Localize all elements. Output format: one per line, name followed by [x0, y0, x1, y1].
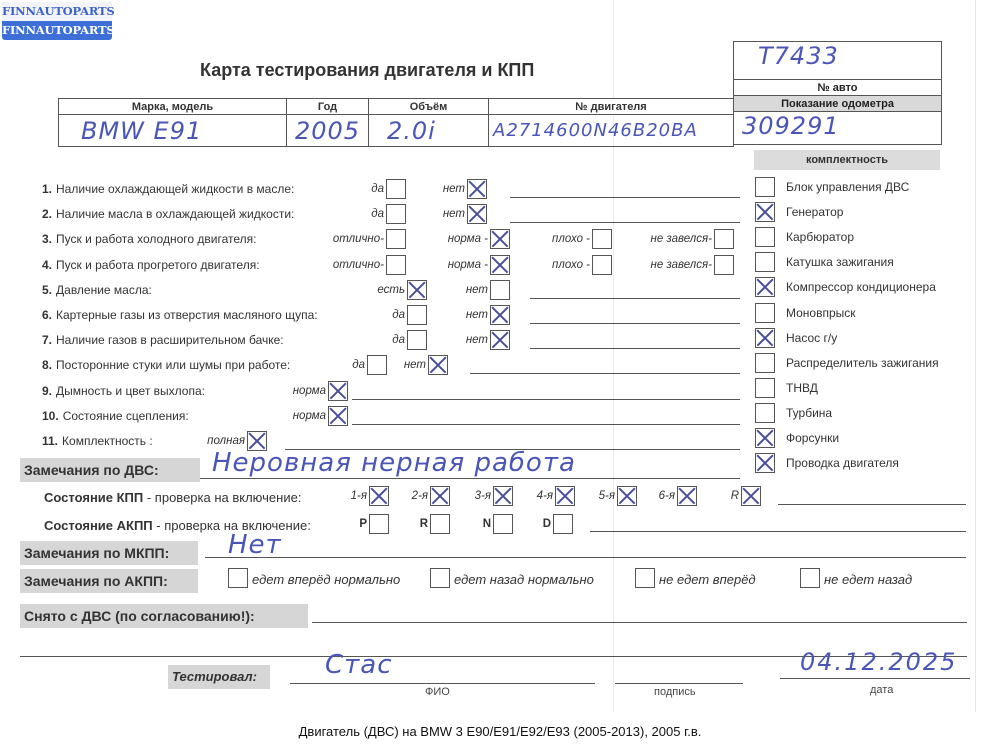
- question-text: Давление масла:: [56, 283, 152, 297]
- completeness-heading: комплектность: [754, 150, 940, 170]
- watermark-line-1: FINNAUTOPARTS: [2, 2, 112, 21]
- position-checkbox[interactable]: [430, 514, 450, 534]
- form-title: Карта тестирования двигателя и КПП: [200, 60, 534, 81]
- completeness-checkbox[interactable]: [755, 453, 775, 473]
- gear-label: 6-я: [637, 486, 675, 506]
- question-text: Пуск и работа холодного двигателя:: [56, 232, 256, 246]
- completeness-checkbox[interactable]: [755, 202, 775, 222]
- option-label: отлично-: [306, 229, 384, 249]
- position-checkbox[interactable]: [553, 514, 573, 534]
- question-number: 4.: [42, 258, 52, 272]
- completeness-item: Блок управления ДВС: [786, 177, 909, 197]
- listing-caption: Двигатель (ДВС) на BMW 3 E90/E91/E92/E93…: [0, 714, 1000, 750]
- date-line: [780, 678, 970, 679]
- auto-remark-checkbox[interactable]: [228, 568, 248, 588]
- option-label: не завелся-: [634, 255, 712, 275]
- option-checkbox-2-2[interactable]: [467, 204, 487, 224]
- question-7: 7.Наличие газов в расширительном бачке:: [42, 330, 284, 350]
- option-label: нет: [410, 280, 488, 300]
- completeness-item: Моновпрыск: [786, 303, 856, 323]
- year-value: 2005: [287, 115, 369, 147]
- vehicle-info-table: Марка, модель Год Объём № двигателя BMW …: [58, 98, 734, 147]
- question-8: 8.Посторонние стуки или шумы при работе:: [42, 355, 290, 375]
- option-checkbox-10-1[interactable]: [328, 406, 348, 426]
- name-caption: ФИО: [425, 686, 450, 698]
- position-checkbox[interactable]: [369, 514, 389, 534]
- auto-number-value: T7433: [734, 42, 941, 80]
- answer-line: [530, 348, 740, 349]
- auto-remark-checkbox[interactable]: [430, 568, 450, 588]
- removed-parts-line: [312, 622, 967, 623]
- col-make-model: Марка, модель: [59, 99, 287, 115]
- gear-checkbox[interactable]: [677, 486, 697, 506]
- question-text: Состояние сцепления:: [63, 409, 189, 423]
- gear-label: 4-я: [515, 486, 553, 506]
- removed-parts-label: Снято с ДВС (по согласованию!):: [20, 604, 308, 628]
- question-3: 3.Пуск и работа холодного двигателя:: [42, 229, 256, 249]
- question-text: Пуск и работа прогретого двигателя:: [56, 258, 260, 272]
- option-label: да: [306, 204, 384, 224]
- completeness-item: Катушка зажигания: [786, 252, 894, 272]
- question-4: 4.Пуск и работа прогретого двигателя:: [42, 255, 260, 275]
- gear-label: 1-я: [329, 486, 367, 506]
- question-number: 10.: [42, 409, 59, 423]
- option-label: не завелся-: [634, 229, 712, 249]
- col-engine-number: № двигателя: [489, 99, 734, 115]
- question-number: 2.: [42, 207, 52, 221]
- gear-checkbox[interactable]: [617, 486, 637, 506]
- option-label: норма: [248, 406, 326, 426]
- auto-remarks-label: Замечания по АКПП:: [20, 569, 198, 593]
- auto-gearbox-line: [590, 531, 966, 532]
- position-label: D: [523, 514, 551, 534]
- option-checkbox-3-2[interactable]: [490, 229, 510, 249]
- option-label: нет: [387, 179, 465, 199]
- col-volume: Объём: [369, 99, 489, 115]
- question-5: 5.Давление масла:: [42, 280, 152, 300]
- option-label: да: [306, 179, 384, 199]
- question-number: 3.: [42, 232, 52, 246]
- gear-checkbox[interactable]: [369, 486, 389, 506]
- position-label: R: [400, 514, 428, 534]
- question-text: Наличие охлаждающей жидкости в масле:: [56, 182, 294, 196]
- option-label: да: [327, 305, 405, 325]
- option-checkbox-4-3[interactable]: [592, 255, 612, 275]
- answer-line: [530, 298, 740, 299]
- gear-label: R: [701, 486, 739, 506]
- completeness-item: Карбюратор: [786, 227, 854, 247]
- position-label: P: [339, 514, 367, 534]
- question-text: Наличие масла в охлаждающей жидкости:: [56, 207, 294, 221]
- odometer-label: Показание одометра: [734, 96, 941, 112]
- answer-line: [352, 424, 740, 425]
- answer-line: [470, 373, 740, 374]
- option-label: норма -: [410, 255, 488, 275]
- date-caption: дата: [870, 684, 893, 696]
- answer-line: [510, 222, 740, 223]
- completeness-checkbox[interactable]: [755, 303, 775, 323]
- gear-label: 5-я: [577, 486, 615, 506]
- engine-number-value: A2714600N46B20BA: [489, 115, 734, 147]
- completeness-item: Компрессор кондиционера: [786, 277, 936, 297]
- answer-line: [510, 197, 740, 198]
- question-1: 1.Наличие охлаждающей жидкости в масле:: [42, 179, 294, 199]
- manual-remarks-value[interactable]: Нет: [228, 530, 282, 560]
- engine-remarks-label: Замечания по ДВС:: [20, 458, 200, 482]
- completeness-checkbox[interactable]: [755, 177, 775, 197]
- option-label: норма -: [410, 229, 488, 249]
- question-number: 1.: [42, 182, 52, 196]
- completeness-item: Форсунки: [786, 428, 839, 448]
- signature-caption: подпись: [654, 686, 696, 698]
- option-checkbox-8-2[interactable]: [428, 355, 448, 375]
- completeness-checkbox[interactable]: [755, 252, 775, 272]
- question-number: 5.: [42, 283, 52, 297]
- option-checkbox-5-2[interactable]: [490, 280, 510, 300]
- gear-checkbox[interactable]: [493, 486, 513, 506]
- gear-checkbox[interactable]: [555, 486, 575, 506]
- manual-gearbox-line: [778, 504, 966, 505]
- question-text: Посторонние стуки или шумы при работе:: [56, 358, 290, 372]
- auto-remark-label: не едет вперёд: [659, 570, 756, 590]
- question-6: 6.Картерные газы из отверстия масляного …: [42, 305, 318, 325]
- question-number: 11.: [42, 434, 58, 448]
- completeness-checkbox[interactable]: [755, 353, 775, 373]
- option-label: плохо -: [512, 229, 590, 249]
- question-number: 8.: [42, 358, 52, 372]
- question-text: Дымность и цвет выхлопа:: [56, 384, 205, 398]
- manual-gearbox-check-label: Состояние КПП - проверка на включение:: [44, 488, 301, 508]
- gear-label: 3-я: [453, 486, 491, 506]
- engine-remarks-value[interactable]: Неровная нерная работа: [212, 448, 576, 478]
- completeness-checkbox[interactable]: [755, 428, 775, 448]
- auto-remark-label: едет назад нормально: [454, 570, 594, 590]
- auto-remark-checkbox[interactable]: [800, 568, 820, 588]
- test-card-sheet: FINNAUTOPARTS FINNAUTOPARTS Карта тестир…: [0, 0, 1000, 712]
- option-checkbox-4-1[interactable]: [386, 255, 406, 275]
- question-number: 6.: [42, 308, 52, 322]
- volume-value: 2.0i: [369, 115, 489, 147]
- answer-line: [352, 399, 740, 400]
- option-checkbox-9-1[interactable]: [328, 381, 348, 401]
- question-2: 2.Наличие масла в охлаждающей жидкости:: [42, 204, 294, 224]
- completeness-item: Турбина: [786, 403, 832, 423]
- auto-number-box: T7433 № авто Показание одометра 309291: [733, 41, 942, 145]
- option-label: плохо -: [512, 255, 590, 275]
- completeness-item: Распределитель зажигания: [786, 353, 939, 373]
- question-9: 9.Дымность и цвет выхлопа:: [42, 381, 205, 401]
- paper-edge: [975, 0, 976, 712]
- option-label: нет: [410, 305, 488, 325]
- completeness-checkbox[interactable]: [755, 403, 775, 423]
- option-checkbox-7-2[interactable]: [490, 330, 510, 350]
- question-number: 9.: [42, 384, 52, 398]
- option-checkbox-4-4[interactable]: [714, 255, 734, 275]
- auto-remark-label: едет вперёд нормально: [252, 570, 400, 590]
- auto-number-label: № авто: [734, 80, 941, 96]
- option-checkbox-1-2[interactable]: [467, 179, 487, 199]
- odometer-value: 309291: [734, 112, 941, 144]
- auto-remark-label: не едет назад: [824, 570, 912, 590]
- watermark-logo: FINNAUTOPARTS FINNAUTOPARTS: [2, 2, 112, 40]
- completeness-item: ТНВД: [786, 378, 818, 398]
- option-label: нет: [387, 204, 465, 224]
- gear-checkbox[interactable]: [430, 486, 450, 506]
- question-10: 10.Состояние сцепления:: [42, 406, 189, 426]
- option-label: нет: [410, 330, 488, 350]
- test-date[interactable]: 04.12.2025: [800, 648, 957, 676]
- completeness-checkbox[interactable]: [755, 378, 775, 398]
- completeness-checkbox[interactable]: [755, 328, 775, 348]
- watermark-line-2: FINNAUTOPARTS: [2, 21, 112, 40]
- make-model-value: BMW E91: [59, 115, 287, 147]
- position-label: N: [463, 514, 491, 534]
- option-label: отлично-: [306, 255, 384, 275]
- answer-line: [530, 323, 740, 324]
- completeness-checkbox[interactable]: [755, 227, 775, 247]
- signature-line: [615, 683, 743, 684]
- option-checkbox-4-2[interactable]: [490, 255, 510, 275]
- engine-remarks-line: [200, 478, 740, 479]
- tester-name-line: [290, 683, 595, 684]
- question-text: Комплектность :: [62, 434, 153, 448]
- option-label: норма: [248, 381, 326, 401]
- col-year: Год: [287, 99, 369, 115]
- completeness-checkbox[interactable]: [755, 277, 775, 297]
- auto-remark-checkbox[interactable]: [635, 568, 655, 588]
- gear-label: 2-я: [390, 486, 428, 506]
- tested-by-label: Тестировал:: [168, 665, 270, 689]
- question-11: 11.Комплектность :: [42, 431, 153, 451]
- question-number: 7.: [42, 333, 52, 347]
- option-label: да: [327, 330, 405, 350]
- option-label: нет: [348, 355, 426, 375]
- option-checkbox-3-3[interactable]: [592, 229, 612, 249]
- question-text: Картерные газы из отверстия масляного щу…: [56, 308, 318, 322]
- option-checkbox-3-4[interactable]: [714, 229, 734, 249]
- question-text: Наличие газов в расширительном бачке:: [56, 333, 284, 347]
- tester-name[interactable]: Стас: [325, 650, 393, 680]
- manual-remarks-label: Замечания по МКПП:: [20, 541, 198, 565]
- manual-remarks-line: [205, 557, 966, 558]
- completeness-item: Проводка двигателя: [786, 453, 899, 473]
- completeness-item: Насос г/у: [786, 328, 837, 348]
- option-checkbox-3-1[interactable]: [386, 229, 406, 249]
- position-checkbox[interactable]: [493, 514, 513, 534]
- option-checkbox-6-2[interactable]: [490, 305, 510, 325]
- gear-checkbox[interactable]: [741, 486, 761, 506]
- completeness-item: Генератор: [786, 202, 843, 222]
- option-label: есть: [327, 280, 405, 300]
